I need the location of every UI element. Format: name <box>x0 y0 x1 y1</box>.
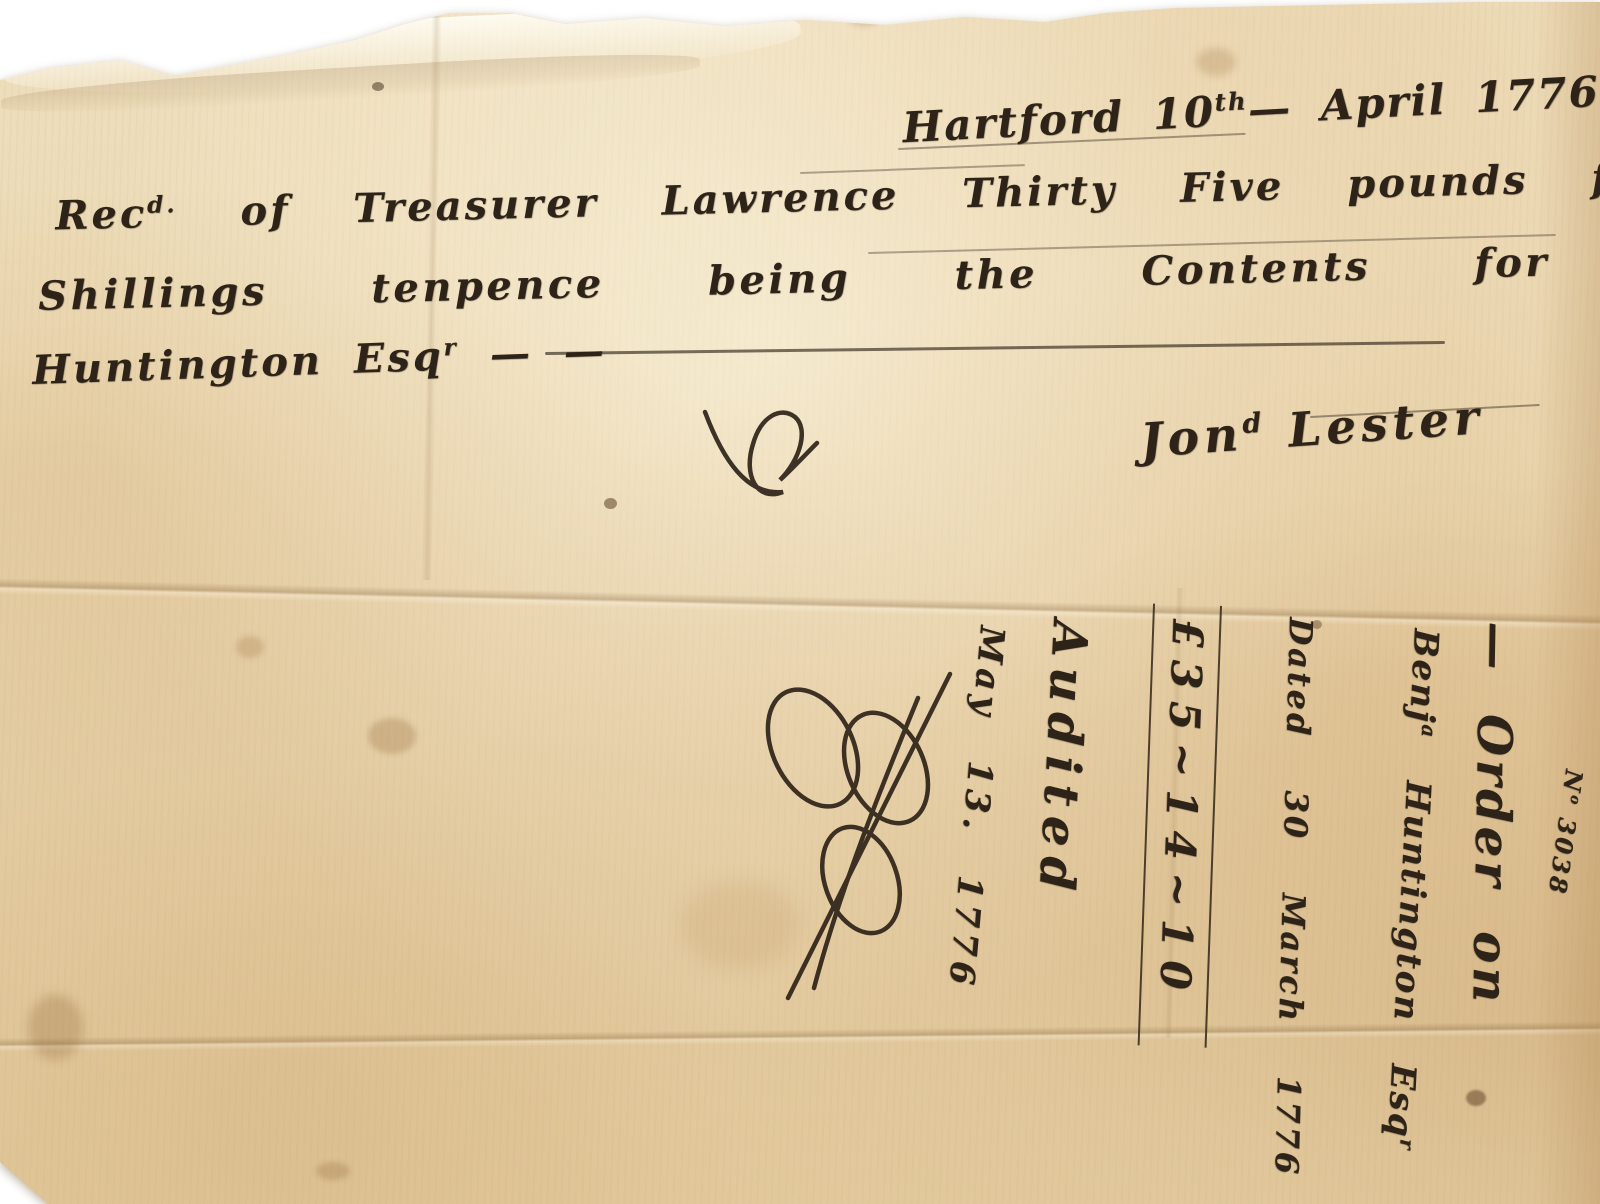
stain-blotch <box>316 1162 350 1180</box>
paper-shadow: Hartford 10th— April 1776 Recd. of Treas… <box>0 0 1600 1204</box>
crease-lower-fold <box>0 1021 1600 1052</box>
signature: Jond Lester <box>1138 386 1486 473</box>
receipt-line-2: Shillings tenpence being the Contents fo… <box>38 230 1600 324</box>
docket-payee-sup: a <box>1417 724 1442 740</box>
receipt-line-1: Recd. of Treasurer Lawrence Thirty Five … <box>55 147 1600 244</box>
docket-number-pre: N <box>1557 768 1589 797</box>
date-day: 10 <box>1151 87 1216 139</box>
stain-blotch <box>1196 48 1236 76</box>
line2-pre: Shillings tenpence being the Contents fo… <box>38 234 1600 320</box>
receipt-line-3: Huntington Esqr — — <box>31 324 607 398</box>
stain-blotch <box>236 636 264 658</box>
docket-payee-pre: Benj <box>1401 628 1446 725</box>
ruled-flourish-line <box>545 341 1445 354</box>
line3-sup: r <box>443 334 459 362</box>
docket-payee-line: Benja Huntington Esqr <box>1381 628 1448 1030</box>
docket-payee-sup2: r <box>1395 1138 1420 1152</box>
signature-rest: Lester <box>1265 390 1485 460</box>
stain-blotch <box>846 4 882 26</box>
signature-sup: d <box>1241 407 1267 441</box>
stain-spot <box>372 82 384 91</box>
signature-pre: Jon <box>1138 407 1244 469</box>
date-day-suffix: th <box>1214 86 1248 117</box>
center-paraph-flourish <box>697 398 847 516</box>
docket-order-line: — Order on <box>1458 621 1528 932</box>
docket-audited: Audited <box>1023 619 1102 892</box>
line1-rest: of Treasurer Lawrence Thirty Five pounds… <box>177 150 1600 237</box>
crease-upper-fold <box>0 578 1600 631</box>
docket-amount: £35~14~10 <box>1138 604 1222 1048</box>
line3-pre: Huntington Esq <box>31 333 444 394</box>
line1-pre: Rec <box>55 190 148 239</box>
docket-dated-line: Dated 30 March 1776 <box>1268 617 1322 1036</box>
stain-spot <box>1466 1090 1486 1106</box>
line1-sup: d. <box>147 191 178 219</box>
docket-payee-mid: Huntington Esq <box>1379 738 1440 1140</box>
stain-blotch <box>28 995 83 1060</box>
stain-blotch <box>368 718 416 754</box>
document-scan: Hartford 10th— April 1776 Recd. of Treas… <box>0 0 1600 1204</box>
stain-spot <box>604 498 617 509</box>
paper: Hartford 10th— April 1776 Recd. of Treas… <box>0 0 1600 1204</box>
clerk-cipher-flourish <box>758 668 968 1008</box>
